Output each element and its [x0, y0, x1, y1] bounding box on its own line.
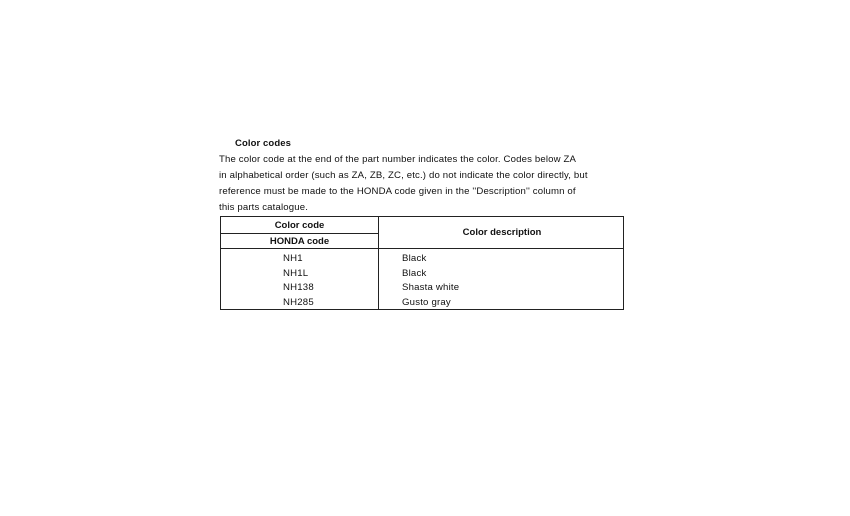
- honda-code-cell: NH1: [283, 253, 303, 264]
- paragraph-line: The color code at the end of the part nu…: [219, 152, 639, 168]
- table-row: NH138 Shasta white: [221, 282, 624, 297]
- section-heading: Color codes: [235, 138, 291, 149]
- honda-code-cell: NH285: [283, 297, 314, 308]
- header-honda-code: HONDA code: [221, 236, 378, 247]
- color-description-cell: Shasta white: [402, 282, 459, 293]
- table-row: NH1L Black: [221, 268, 624, 283]
- intro-paragraph: The color code at the end of the part nu…: [219, 152, 639, 216]
- header-color-description: Color description: [379, 227, 625, 238]
- color-description-cell: Black: [402, 253, 426, 264]
- header-bottom-rule: [221, 248, 624, 249]
- paragraph-line: in alphabetical order (such as ZA, ZB, Z…: [219, 168, 639, 184]
- table-row: NH285 Gusto gray: [221, 297, 624, 312]
- table-body: NH1 Black NH1L Black NH138 Shasta white …: [221, 253, 624, 311]
- color-description-cell: Black: [402, 268, 426, 279]
- paragraph-line: reference must be made to the HONDA code…: [219, 184, 639, 200]
- honda-code-cell: NH1L: [283, 268, 308, 279]
- paragraph-line: this parts catalogue.: [219, 200, 639, 216]
- header-divider: [221, 233, 378, 234]
- table-row: NH1 Black: [221, 253, 624, 268]
- header-color-code: Color code: [221, 220, 378, 231]
- color-code-table: Color code HONDA code Color description …: [220, 216, 624, 310]
- color-description-cell: Gusto gray: [402, 297, 451, 308]
- honda-code-cell: NH138: [283, 282, 314, 293]
